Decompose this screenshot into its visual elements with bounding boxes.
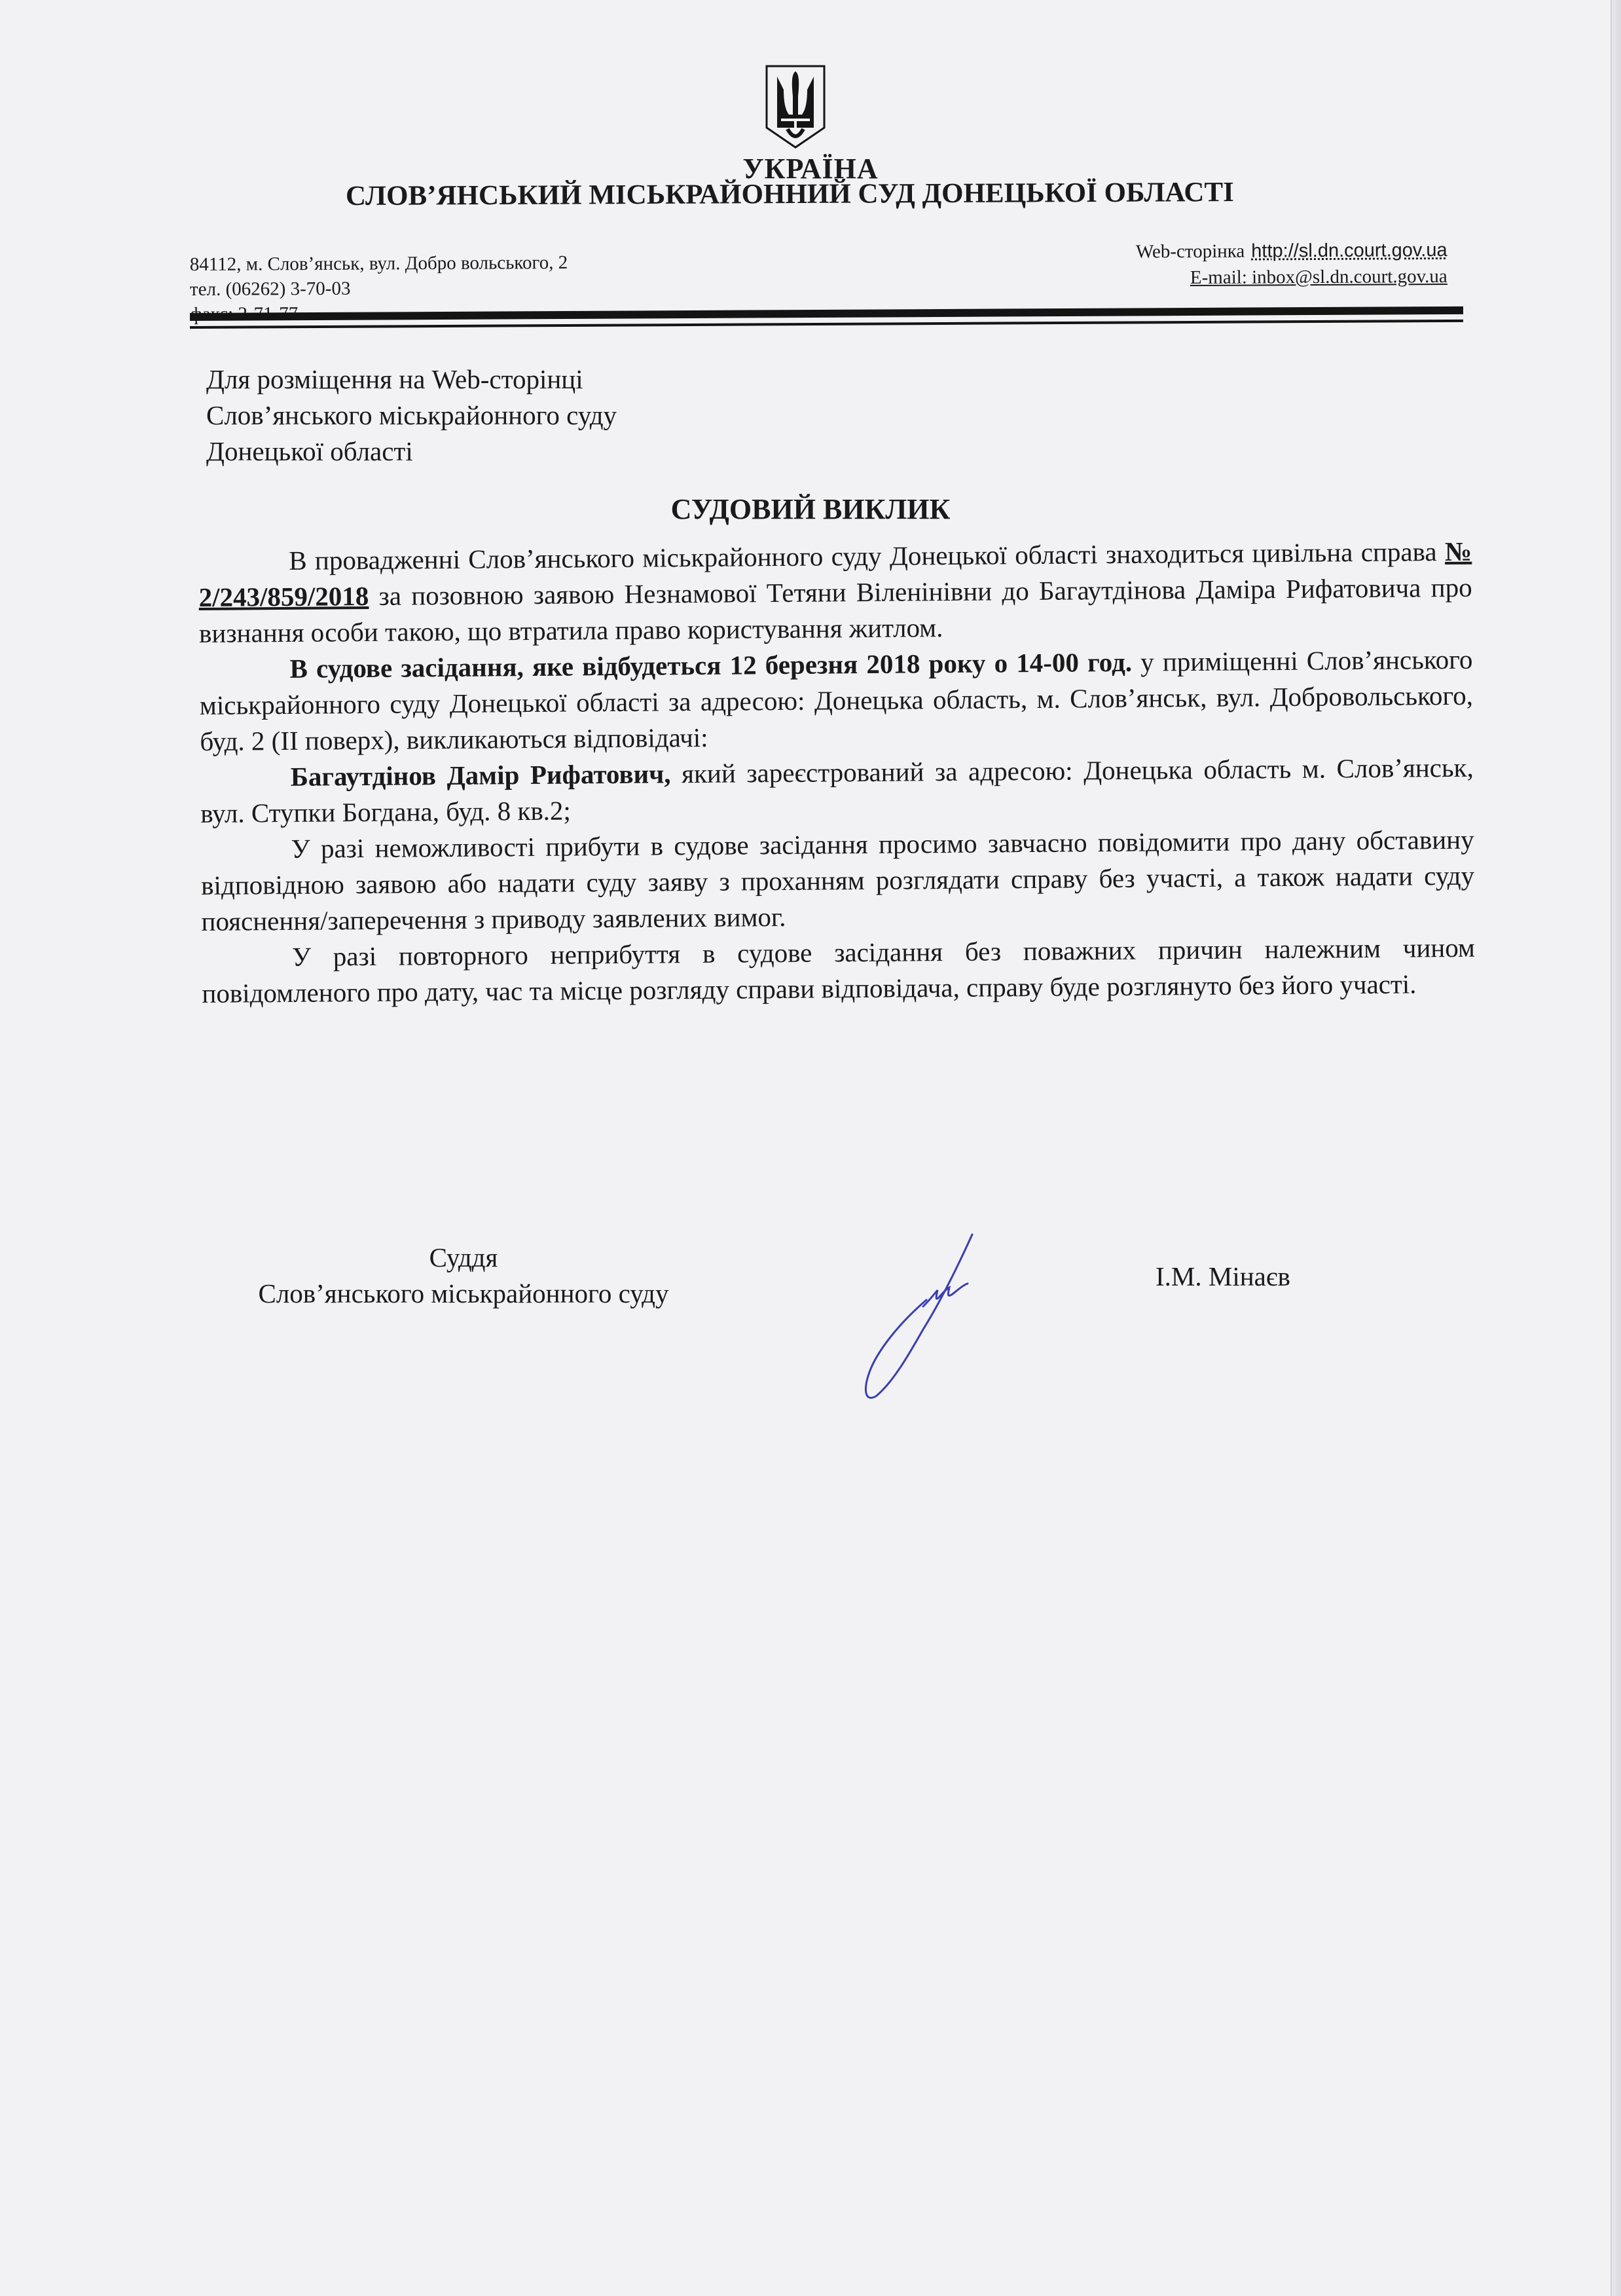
page-edge-line — [1611, 0, 1612, 2296]
web-link[interactable]: http://sl.dn.court.gov.ua — [1252, 240, 1448, 262]
paragraph-hearing: В судове засідання, яке відбудеться 12 б… — [199, 642, 1473, 760]
web-row: Web-сторінкаhttp://sl.dn.court.gov.ua — [1136, 237, 1448, 265]
paragraph-defendant: Багаутдінов Дамір Рифатович, який зареєс… — [200, 750, 1474, 832]
web-label: Web-сторінка — [1136, 241, 1245, 263]
address-line: 84112, м. Слов’янськ, вул. Добро вольськ… — [190, 250, 568, 277]
paragraph-absence: У разі неможливості прибути в судове зас… — [200, 822, 1474, 940]
placement-note-line: Слов’янського міськрайонного суду — [206, 398, 617, 434]
placement-note-line: Донецької області — [206, 434, 617, 470]
email-link[interactable]: E-mail: inbox@sl.dn.court.gov.ua — [1136, 263, 1448, 291]
page-edge — [1612, 0, 1621, 2296]
judge-court: Слов’янського міськрайонного суду — [208, 1276, 719, 1312]
phone-line: тел. (06262) 3-70-03 — [190, 275, 568, 302]
placement-note-line: Для розміщення на Web-сторінці — [206, 361, 617, 398]
court-contacts-block: Web-сторінкаhttp://sl.dn.court.gov.ua E-… — [1136, 237, 1448, 291]
paragraph-repeat-absence: У разі повторного неприбуття в судове за… — [202, 930, 1476, 1012]
document-title: СУДОВИЙ ВИКЛИК — [0, 492, 1621, 526]
trident-emblem-icon — [763, 64, 828, 152]
defendant-name: Багаутдінов Дамір Рифатович, — [291, 758, 671, 792]
paragraph-case: В провадженні Слов’янського міськрайонно… — [198, 534, 1472, 652]
document-body: В провадженні Слов’янського міськрайонно… — [198, 534, 1476, 1012]
judge-title-block: Суддя Слов’янського міськрайонного суду — [208, 1240, 719, 1312]
hearing-datetime: В судове засідання, яке відбудеться 12 б… — [289, 647, 1132, 684]
court-name-heading: СЛОВ’ЯНСЬКИЙ МІСЬКРАЙОННИЙ СУД ДОНЕЦЬКОЇ… — [346, 176, 1234, 212]
handwritten-signature-icon — [825, 1231, 995, 1401]
judge-role: Суддя — [208, 1240, 719, 1276]
judge-name: І.М. Мінаєв — [1156, 1261, 1290, 1292]
placement-note: Для розміщення на Web-сторінці Слов’янсь… — [206, 361, 617, 470]
